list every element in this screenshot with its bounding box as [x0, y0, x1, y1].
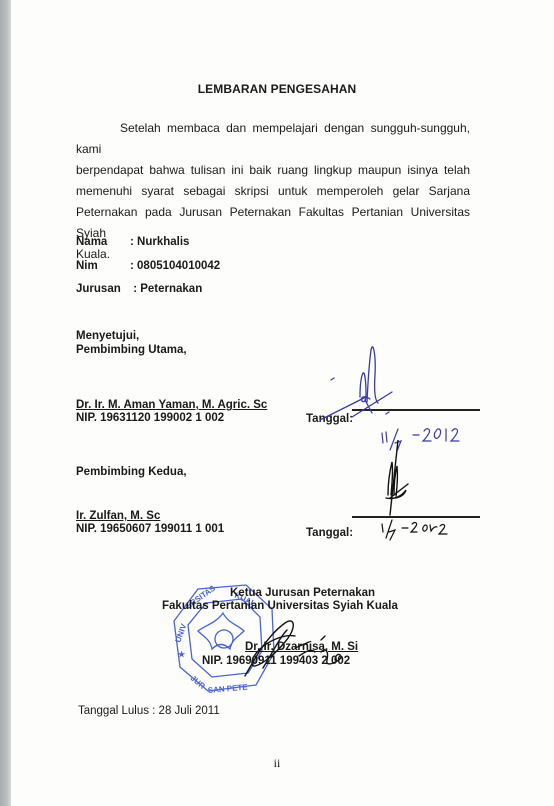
supervisor2-signature [380, 440, 480, 555]
supervisor1-name: Dr. Ir. M. Aman Yaman, M. Agric. Sc [76, 399, 267, 411]
student-nim-row: Nim: 0805104010042 [76, 260, 220, 272]
svg-text:★: ★ [178, 650, 186, 659]
page-number: ii [0, 756, 554, 771]
student-name-row: Nama: Nurkhalis [76, 236, 189, 248]
supervisor2-nip: NIP. 19650607 199011 1 001 [76, 523, 224, 535]
svg-text:UNIV: UNIV [173, 622, 188, 644]
graduation-date: Tanggal Lulus : 28 Juli 2011 [78, 705, 220, 717]
supervisor1-role: Pembimbing Utama, [76, 344, 187, 356]
student-department-row: Jurusan : Peternakan [76, 283, 202, 295]
paragraph-line: berpendapat bahwa tulisan ini baik ruang… [76, 160, 470, 181]
supervisor2-date-label: Tanggal: [306, 527, 353, 539]
scan-edge [0, 0, 11, 806]
supervisor2-name: Ir. Zulfan, M. Sc [76, 510, 160, 522]
paragraph-line: memenuhi syarat sebagai skripsi untuk me… [76, 181, 470, 202]
head-nip: NIP. 19690911 199403 2 002 [202, 655, 350, 667]
page-title: LEMBARAN PENGESAHAN [0, 82, 554, 96]
supervisor1-signature [320, 325, 500, 455]
head-name: Dr. Ir. Dzarnisa, M. Si [245, 641, 358, 653]
supervisor1-nip: NIP. 19631120 199002 1 002 [76, 412, 224, 424]
supervisor2-role: Pembimbing Kedua, [76, 466, 187, 478]
head-title: Ketua Jurusan Peternakan [230, 587, 375, 599]
approval-heading: Menyetujui, [76, 330, 139, 342]
paragraph-line: Setelah membaca dan mempelajari dengan s… [76, 118, 470, 160]
